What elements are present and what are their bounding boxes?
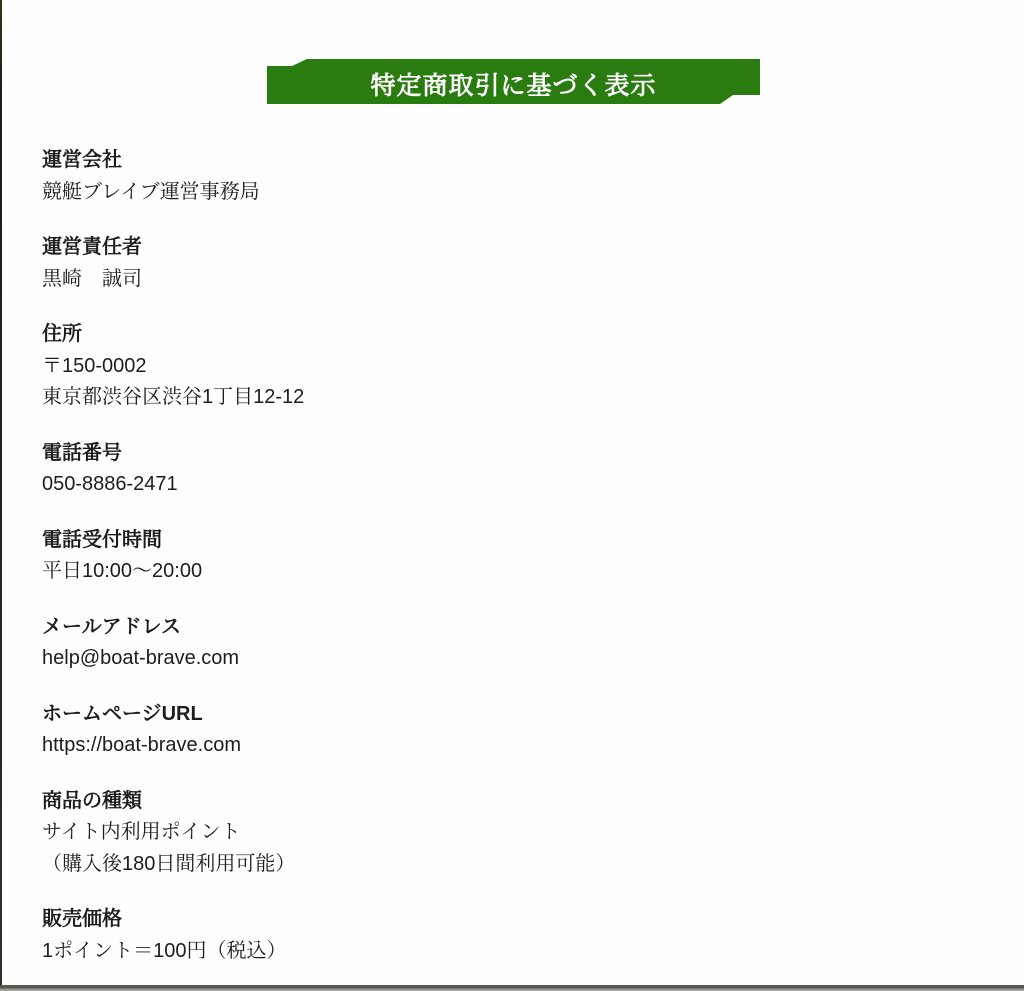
product-type-note: （購入後180日間利用可能） xyxy=(42,849,982,881)
section-address: 住所 〒150-0002 東京都渋谷区渋谷1丁目12-12 xyxy=(42,319,982,414)
homepage-url: https://boat-brave.com xyxy=(42,730,982,762)
field-value: 競艇ブレイブ運営事務局 xyxy=(42,177,982,209)
field-label: 販売価格 xyxy=(42,904,982,936)
disclosure-content: 運営会社 競艇ブレイブ運営事務局 運営責任者 黒崎 誠司 住所 〒150-000… xyxy=(42,145,982,991)
section-homepage-url: ホームページURL https://boat-brave.com xyxy=(42,699,982,762)
street-address: 東京都渋谷区渋谷1丁目12-12 xyxy=(42,382,982,414)
section-price: 販売価格 1ポイント＝100円（税込） xyxy=(42,904,982,967)
section-email: メールアドレス help@boat-brave.com xyxy=(42,612,982,675)
section-phone-number: 電話番号 050-8886-2471 xyxy=(42,438,982,501)
section-phone-hours: 電話受付時間 平日10:00〜20:00 xyxy=(42,525,982,588)
page-title: 特定商取引に基づく表示 xyxy=(370,62,656,102)
section-product-type: 商品の種類 サイト内利用ポイント （購入後180日間利用可能） xyxy=(42,786,982,881)
phone-hours: 平日10:00〜20:00 xyxy=(42,556,982,588)
section-manager: 運営責任者 黒崎 誠司 xyxy=(42,232,982,295)
field-label: 電話番号 xyxy=(42,438,982,470)
field-label: 商品の種類 xyxy=(42,786,982,818)
product-type: サイト内利用ポイント xyxy=(42,817,982,849)
field-label: 住所 xyxy=(42,319,982,351)
legal-disclosure-page: 特定商取引に基づく表示 運営会社 競艇ブレイブ運営事務局 運営責任者 黒崎 誠司… xyxy=(0,0,1024,991)
left-edge-line xyxy=(0,0,2,991)
page-title-banner: 特定商取引に基づく表示 xyxy=(267,59,760,104)
bottom-divider-line xyxy=(0,985,1024,991)
section-operating-company: 運営会社 競艇ブレイブ運営事務局 xyxy=(42,145,982,208)
field-label: 運営責任者 xyxy=(42,232,982,264)
phone-number: 050-8886-2471 xyxy=(42,469,982,501)
postal-code: 〒150-0002 xyxy=(42,351,982,383)
field-value: 黒崎 誠司 xyxy=(42,264,982,296)
field-label: メールアドレス xyxy=(42,612,982,644)
email-address: help@boat-brave.com xyxy=(42,643,982,675)
field-label: 電話受付時間 xyxy=(42,525,982,557)
field-label: ホームページURL xyxy=(42,699,982,731)
price-value: 1ポイント＝100円（税込） xyxy=(42,936,982,968)
field-label: 運営会社 xyxy=(42,145,982,177)
